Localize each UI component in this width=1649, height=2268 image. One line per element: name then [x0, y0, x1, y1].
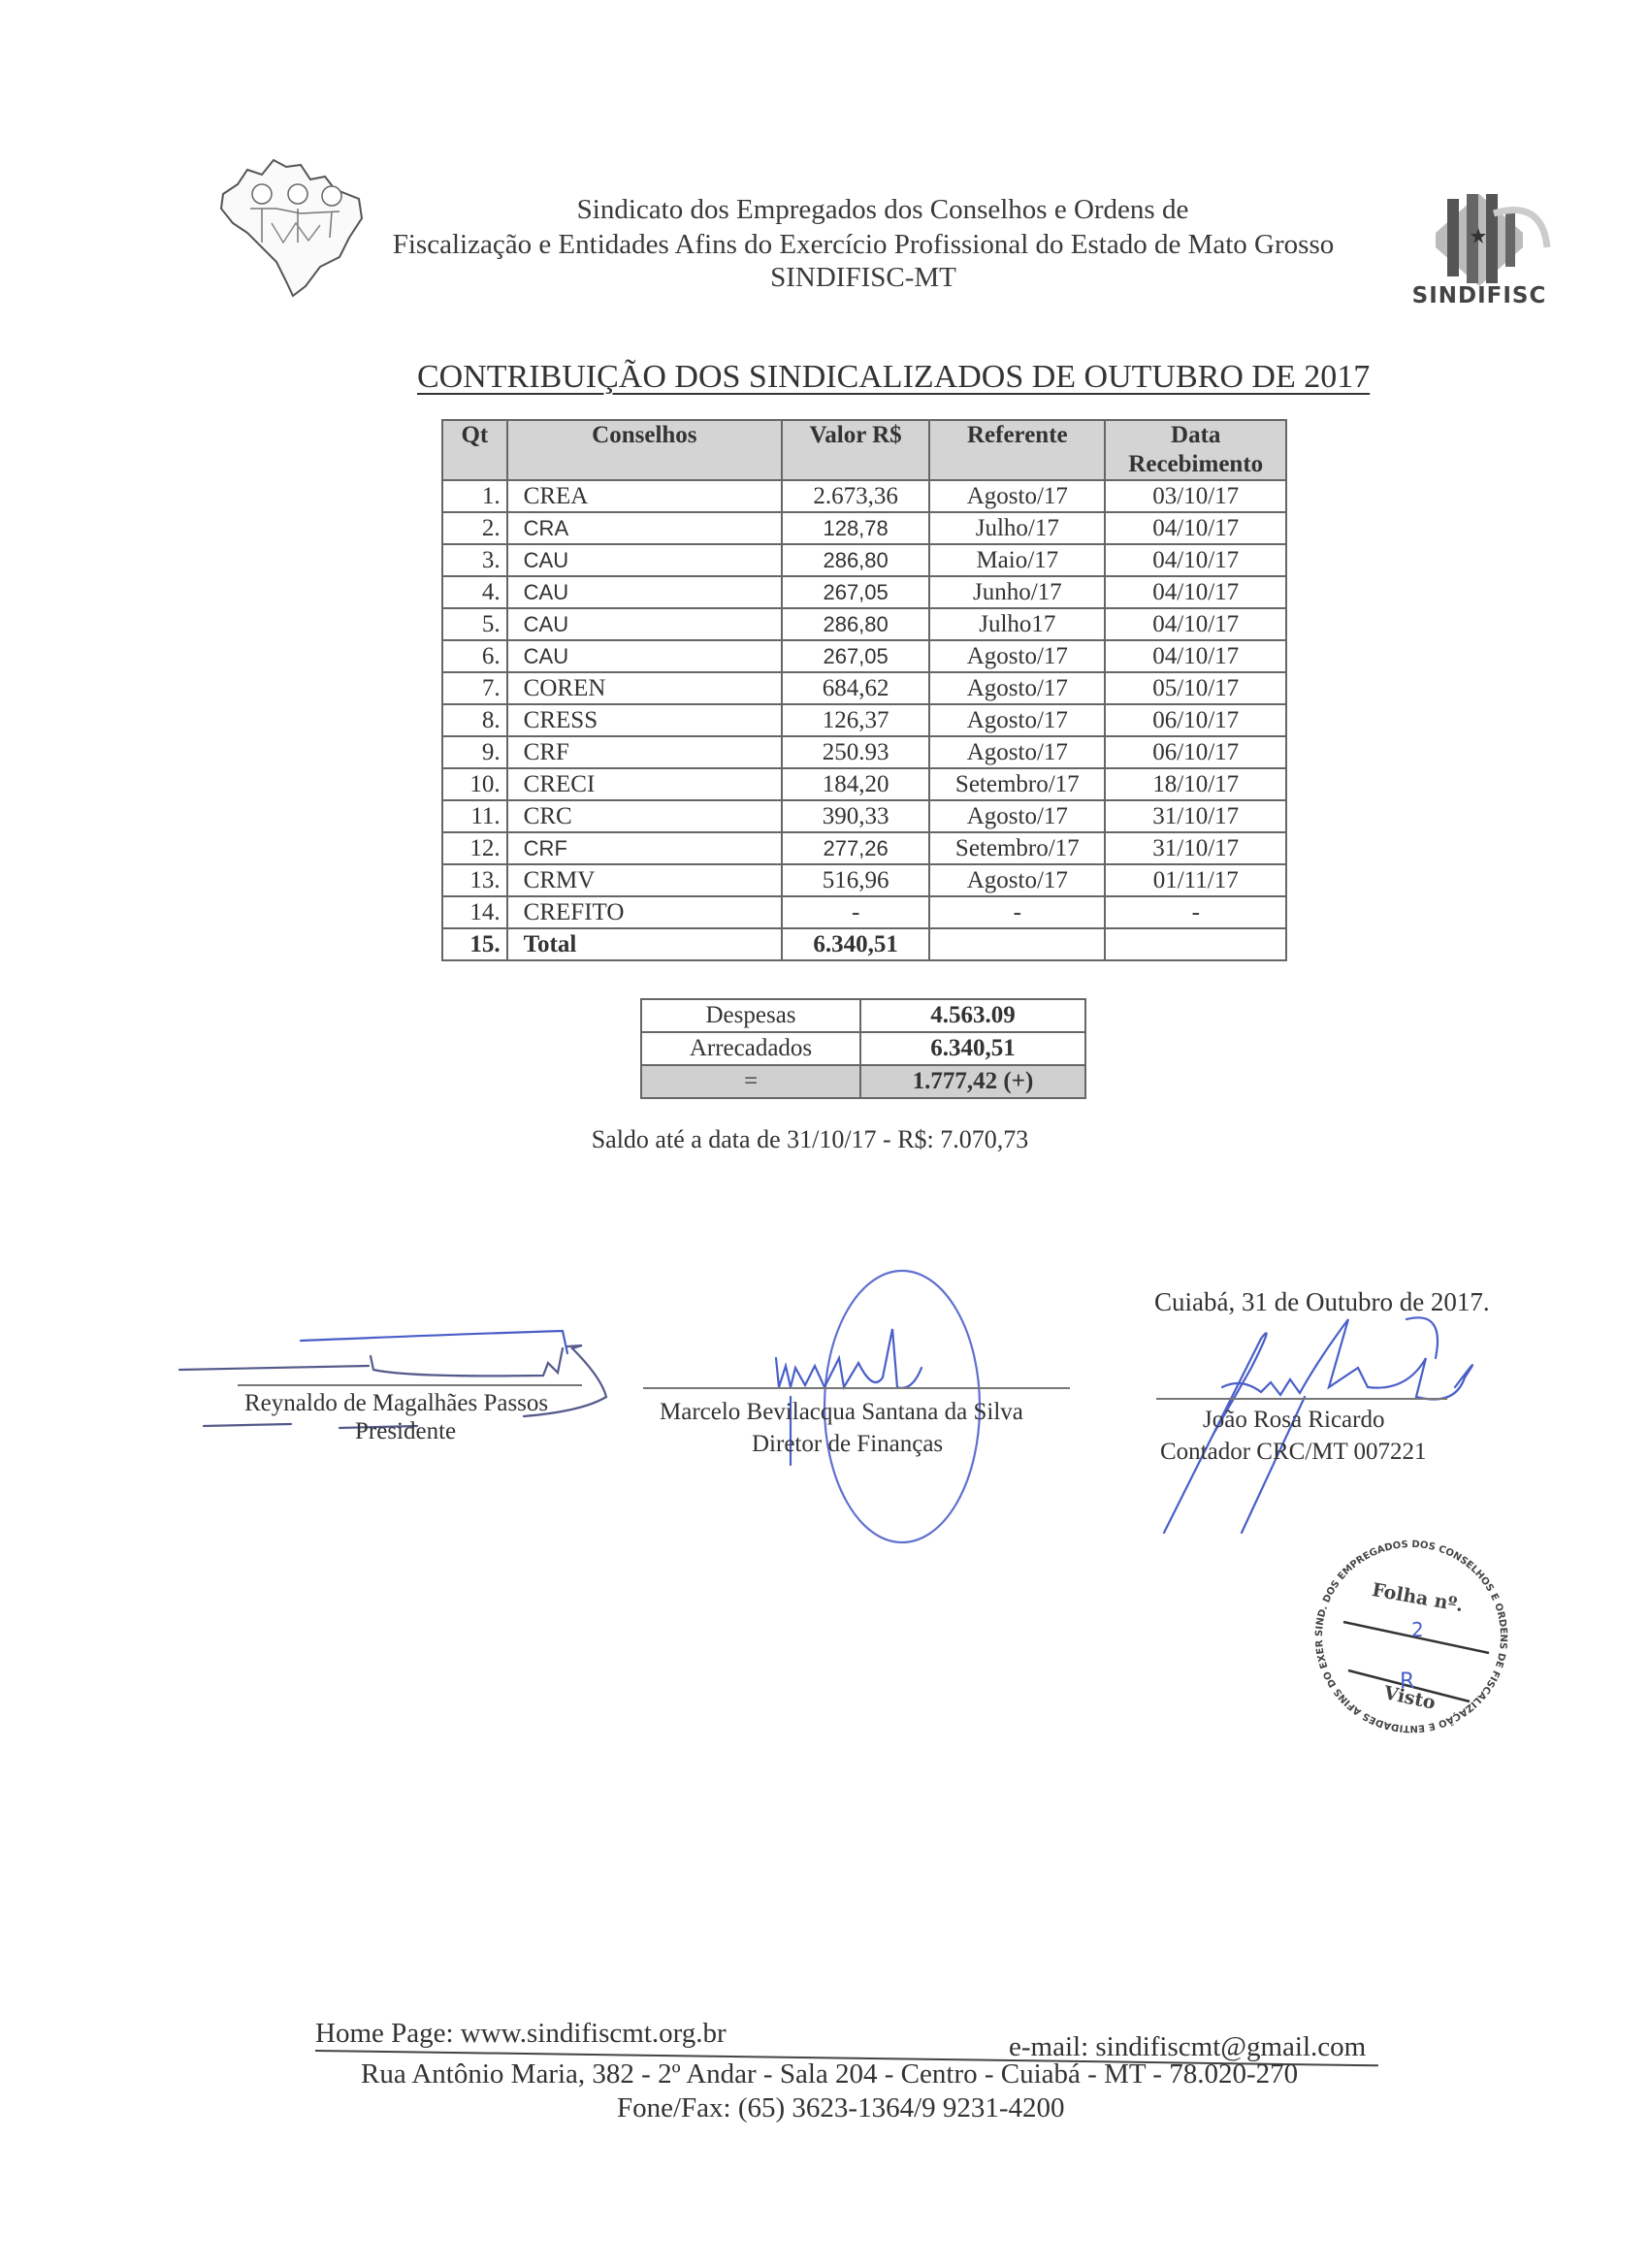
cell-valor: 267,05: [782, 640, 929, 672]
cell-conselho: CRF: [507, 736, 782, 768]
cell-referente: Agosto/17: [929, 736, 1105, 768]
cell-qt: 9.: [442, 736, 507, 768]
cell-valor: 286,80: [782, 544, 929, 576]
table-row: 3. CAU 286,80 Maio/17 04/10/17: [442, 544, 1286, 576]
cell-qt: 6.: [442, 640, 507, 672]
cell-conselho: Total: [507, 928, 782, 960]
table-row: 9. CRF 250.93 Agosto/17 06/10/17: [442, 736, 1286, 768]
summary-row-result: = 1.777,42 (+): [641, 1065, 1085, 1098]
column-header-valor: Valor R$: [782, 420, 929, 480]
cell-qt: 3.: [442, 544, 507, 576]
cell-valor: -: [782, 896, 929, 928]
cell-data: 01/11/17: [1105, 864, 1286, 896]
cell-referente: Julho/17: [929, 512, 1105, 544]
saldo-text: Saldo até a data de 31/10/17 - R$: 7.070…: [0, 1125, 1634, 1154]
summary-table: Despesas 4.563.09 Arrecadados 6.340,51 =…: [640, 998, 1086, 1099]
cell-data: 18/10/17: [1105, 768, 1286, 800]
summary-row-arrecadados: Arrecadados 6.340,51: [641, 1032, 1085, 1065]
cell-data: 04/10/17: [1105, 640, 1286, 672]
summary-value: 4.563.09: [860, 999, 1085, 1032]
stamp-visto-label: Visto: [1381, 1682, 1438, 1714]
column-header-data-line2: Recebimento: [1128, 451, 1263, 477]
column-header-data-line1: Data: [1171, 422, 1220, 448]
cell-referente: Maio/17: [929, 544, 1105, 576]
column-header-conselhos: Conselhos: [507, 420, 782, 480]
cell-conselho: CREA: [507, 480, 782, 512]
table-row: 13. CRMV 516,96 Agosto/17 01/11/17: [442, 864, 1286, 896]
cell-qt: 13.: [442, 864, 507, 896]
table-row: 4. CAU 267,05 Junho/17 04/10/17: [442, 576, 1286, 608]
cell-qt: 10.: [442, 768, 507, 800]
summary-value: 6.340,51: [860, 1032, 1085, 1065]
column-header-referente: Referente: [929, 420, 1105, 480]
cell-conselho: CREFITO: [507, 896, 782, 928]
cell-valor: 684,62: [782, 672, 929, 704]
signatory-1-role: Presidente: [355, 1418, 456, 1445]
cell-referente: Agosto/17: [929, 640, 1105, 672]
cell-referente: Julho17: [929, 608, 1105, 640]
cell-data: 31/10/17: [1105, 832, 1286, 864]
cell-qt: 5.: [442, 608, 507, 640]
cell-qt: 2.: [442, 512, 507, 544]
cell-conselho: CRECI: [507, 768, 782, 800]
cell-referente: Setembro/17: [929, 832, 1105, 864]
cell-conselho: CRESS: [507, 704, 782, 736]
cell-referente: [929, 928, 1105, 960]
cell-referente: Junho/17: [929, 576, 1105, 608]
cell-conselho: COREN: [507, 672, 782, 704]
signatory-2-name: Marcelo Bevilacqua Santana da Silva: [660, 1399, 1023, 1426]
footer-phone: Fone/Fax: (65) 3623-1364/9 9231-4200: [617, 2092, 1065, 2124]
cell-data: -: [1105, 896, 1286, 928]
cell-data: 04/10/17: [1105, 608, 1286, 640]
cell-qt: 14.: [442, 896, 507, 928]
cell-valor: 267,05: [782, 576, 929, 608]
cell-valor: 2.673,36: [782, 480, 929, 512]
cell-valor: 184,20: [782, 768, 929, 800]
cell-qt: 7.: [442, 672, 507, 704]
folha-stamp-icon: SIND. DOS EMPREGADOS DOS CONSELHOS E ORD…: [1305, 1535, 1518, 1738]
cell-data: 05/10/17: [1105, 672, 1286, 704]
cell-conselho: CAU: [507, 640, 782, 672]
table-row-total: 15.Total6.340,51: [442, 928, 1286, 960]
contributions-table: Qt Conselhos Valor R$ Referente DataRece…: [441, 419, 1287, 961]
cell-referente: -: [929, 896, 1105, 928]
cell-valor: 6.340,51: [782, 928, 929, 960]
cell-data: 04/10/17: [1105, 512, 1286, 544]
cell-qt: 8.: [442, 704, 507, 736]
table-row: 5. CAU 286,80 Julho17 04/10/17: [442, 608, 1286, 640]
summary-value: 1.777,42 (+): [860, 1065, 1085, 1098]
cell-qt: 4.: [442, 576, 507, 608]
cell-data: 04/10/17: [1105, 576, 1286, 608]
table-row: 8. CRESS 126,37 Agosto/17 06/10/17: [442, 704, 1286, 736]
table-row: 11. CRC 390,33 Agosto/17 31/10/17: [442, 800, 1286, 832]
cell-qt: 15.: [442, 928, 507, 960]
cell-qt: 12.: [442, 832, 507, 864]
cell-conselho: CRF: [507, 832, 782, 864]
cell-conselho: CRC: [507, 800, 782, 832]
column-header-data: DataRecebimento: [1105, 420, 1286, 480]
summary-label: =: [641, 1065, 860, 1098]
cell-valor: 286,80: [782, 608, 929, 640]
cell-data: [1105, 928, 1286, 960]
cell-conselho: CAU: [507, 576, 782, 608]
cell-referente: Agosto/17: [929, 704, 1105, 736]
stamp-folha-label: Folha nº.: [1371, 1579, 1465, 1616]
signatory-3-name: João Rosa Ricardo: [1203, 1407, 1384, 1434]
column-header-qt: Qt: [442, 420, 507, 480]
table-row: 7. COREN 684,62 Agosto/17 05/10/17: [442, 672, 1286, 704]
signatory-3-role: Contador CRC/MT 007221: [1160, 1439, 1427, 1466]
summary-label: Despesas: [641, 999, 860, 1032]
cell-valor: 126,37: [782, 704, 929, 736]
cell-referente: Agosto/17: [929, 864, 1105, 896]
cell-qt: 1.: [442, 480, 507, 512]
signatory-1-name: Reynaldo de Magalhães Passos: [244, 1390, 548, 1417]
cell-data: 06/10/17: [1105, 704, 1286, 736]
summary-label: Arrecadados: [641, 1032, 860, 1065]
logo-right-text: SINDIFISC: [1397, 283, 1562, 308]
footer-address: Rua Antônio Maria, 382 - 2º Andar - Sala…: [361, 2058, 1298, 2090]
cell-conselho: CAU: [507, 608, 782, 640]
summary-row-despesas: Despesas 4.563.09: [641, 999, 1085, 1032]
cell-data: 06/10/17: [1105, 736, 1286, 768]
cell-qt: 11.: [442, 800, 507, 832]
cell-valor: 250.93: [782, 736, 929, 768]
cell-valor: 516,96: [782, 864, 929, 896]
footer-homepage: Home Page: www.sindifiscmt.org.br: [315, 2018, 727, 2050]
table-header-row: Qt Conselhos Valor R$ Referente DataRece…: [442, 420, 1286, 480]
cell-valor: 390,33: [782, 800, 929, 832]
stamp-folha-value: 2: [1411, 1618, 1424, 1641]
cell-referente: Agosto/17: [929, 480, 1105, 512]
cell-valor: 277,26: [782, 832, 929, 864]
document-title: CONTRIBUIÇÃO DOS SINDICALIZADOS DE OUTUB…: [417, 359, 1370, 396]
cell-conselho: CRMV: [507, 864, 782, 896]
table-row: 1. CREA 2.673,36 Agosto/17 03/10/17: [442, 480, 1286, 512]
cell-data: 03/10/17: [1105, 480, 1286, 512]
table-row: 14. CREFITO - - -: [442, 896, 1286, 928]
table-row: 6. CAU 267,05 Agosto/17 04/10/17: [442, 640, 1286, 672]
cell-data: 04/10/17: [1105, 544, 1286, 576]
signatory-2-role: Diretor de Finanças: [752, 1431, 943, 1458]
cell-conselho: CAU: [507, 544, 782, 576]
cell-referente: Setembro/17: [929, 768, 1105, 800]
cell-referente: Agosto/17: [929, 800, 1105, 832]
cell-data: 31/10/17: [1105, 800, 1286, 832]
cell-conselho: CRA: [507, 512, 782, 544]
cell-referente: Agosto/17: [929, 672, 1105, 704]
table-row: 12. CRF 277,26 Setembro/17 31/10/17: [442, 832, 1286, 864]
table-row: 2. CRA 128,78 Julho/17 04/10/17: [442, 512, 1286, 544]
table-row: 10. CRECI 184,20 Setembro/17 18/10/17: [442, 768, 1286, 800]
cell-valor: 128,78: [782, 512, 929, 544]
